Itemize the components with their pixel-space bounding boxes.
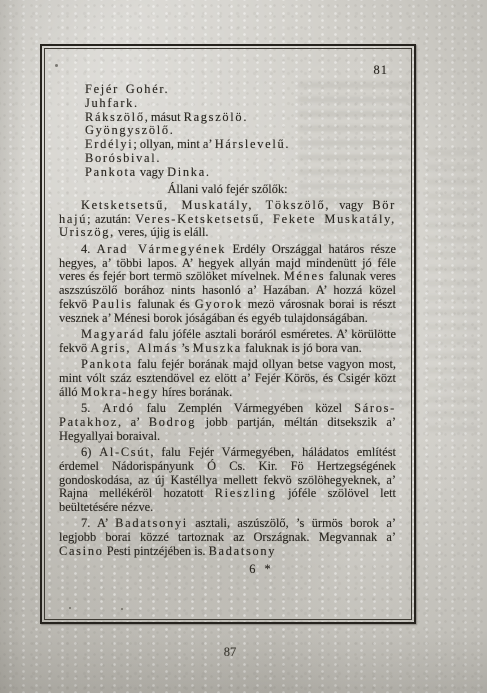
emphasized-text: Borósbival.: [85, 151, 161, 165]
emphasized-text: Bodrog: [149, 415, 196, 429]
body-text: ’s: [178, 341, 192, 355]
ink-bleed-through: [426, 150, 478, 440]
body-paragraph: 7. A’ Badatsonyi asztali, aszúszölő, ’s …: [59, 517, 396, 558]
emphasized-text: Muszka: [193, 341, 242, 355]
emphasized-text: Gyöngyszölő.: [85, 123, 175, 137]
emphasized-text: Arad Vármegyének: [97, 242, 227, 256]
page-number-bottom: 87: [40, 645, 420, 660]
body-text: faluknak is jó bora van.: [242, 341, 362, 355]
body-text: .: [243, 110, 246, 124]
emphasized-text: Fejér Gohér.: [85, 82, 169, 96]
grape-list-line: Pankota vagy Dinka.: [85, 166, 396, 180]
grape-variety-list: Fejér Gohér.Juhfark.Rákszölő, másut Rags…: [85, 83, 396, 180]
body-text: 6): [81, 445, 99, 459]
body-text: ; ollyan, mint a’: [133, 137, 214, 151]
emphasized-text: Dinka: [167, 165, 206, 179]
body-text: .: [206, 165, 209, 179]
emphasized-text: Badatsony: [209, 544, 277, 558]
emphasized-text: Erdélyi: [85, 137, 133, 151]
emphasized-text: Agris, Almás: [90, 341, 178, 355]
emphasized-text: Juhfark.: [85, 96, 139, 110]
body-paragraph: 6) Al-Csút, falu Fejér Vármegyében, hálá…: [59, 446, 396, 515]
section-heading: Állani való fejér szőlők:: [59, 183, 396, 197]
body-text: vagy: [330, 198, 372, 212]
page-number-top: 81: [374, 64, 389, 78]
body-paragraphs: Ketsketsetsű, Muskatály, Tökszölő, vagy …: [59, 199, 396, 559]
body-paragraph: Magyarád falu jóféle asztali boráról esm…: [59, 328, 396, 356]
body-paragraph: Pankota falu fejér borának majd ollyan b…: [59, 358, 396, 399]
body-text: .: [285, 137, 288, 151]
emphasized-text: Ragszölö: [184, 110, 244, 124]
emphasized-text: Hárslevelű: [215, 137, 286, 151]
emphasized-text: Mokra-hegy: [81, 385, 159, 399]
emphasized-text: Casino: [59, 544, 104, 558]
printer-signature-mark: 6 *: [93, 563, 412, 577]
body-text: falunak és: [133, 297, 195, 311]
body-text: , a’: [118, 415, 149, 429]
page-content: 81 Fejér Gohér.Juhfark.Rákszölő, másut R…: [45, 49, 411, 619]
emphasized-text: Ardó: [102, 401, 134, 415]
scanned-book-page: { "page": { "number_top": "81", "signatu…: [0, 0, 487, 693]
body-text: vagy: [137, 165, 167, 179]
body-paragraph: Ketsketsetsű, Muskatály, Tökszölő, vagy …: [59, 199, 396, 240]
grape-list-line: Erdélyi; ollyan, mint a’ Hárslevelű.: [85, 138, 396, 152]
emphasized-text: Rákszölő: [85, 110, 145, 124]
body-text: 5.: [81, 401, 102, 415]
emphasized-text: Al-Csút: [99, 445, 150, 459]
emphasized-text: Rieszling: [215, 486, 277, 500]
body-paragraph: 4. Arad Vármegyének Erdély Országgal hat…: [59, 243, 396, 326]
body-paragraph: 5. Ardó falu Zemplén Vármegyében közel S…: [59, 402, 396, 443]
page-frame: 81 Fejér Gohér.Juhfark.Rákszölő, másut R…: [40, 44, 416, 624]
grape-list-line: Gyöngyszölő.: [85, 124, 396, 138]
emphasized-text: Magyarád: [81, 327, 145, 341]
body-text: 4.: [81, 242, 97, 256]
body-text: híres borának.: [159, 385, 232, 399]
emphasized-text: Pankota: [85, 165, 137, 179]
body-text: veres, újig is eláll.: [115, 225, 209, 239]
emphasized-text: Badatsonyi: [115, 516, 188, 530]
body-text: falu Zemplén Vármegyében közel: [135, 401, 355, 415]
grape-list-line: Rákszölő, másut Ragszölö.: [85, 111, 396, 125]
emphasized-text: Pankota: [81, 357, 133, 371]
body-text: 7. A’: [81, 516, 115, 530]
body-text: , másut: [145, 110, 184, 124]
body-text: ; azután:: [87, 212, 135, 226]
grape-list-line: Borósbival.: [85, 152, 396, 166]
page-frame-inner-rule: 81 Fejér Gohér.Juhfark.Rákszölő, másut R…: [44, 48, 412, 620]
emphasized-text: Ménes: [284, 269, 326, 283]
emphasized-text: Paulis: [92, 297, 133, 311]
grape-list-line: Juhfark.: [85, 97, 396, 111]
emphasized-text: Ketsketsetsű, Muskatály, Tökszölő,: [81, 198, 330, 212]
body-text: Pesti pintzéjében is.: [104, 544, 209, 558]
emphasized-text: Gyorok: [195, 297, 243, 311]
grape-list-line: Fejér Gohér.: [85, 83, 396, 97]
